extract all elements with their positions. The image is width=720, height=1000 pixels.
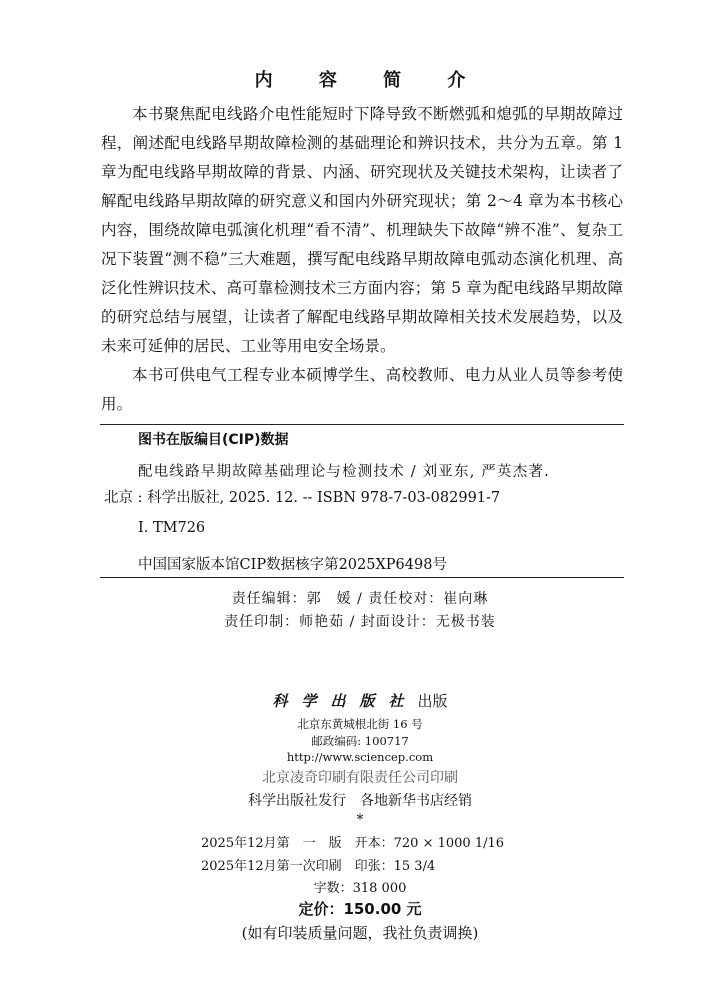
distribution-info: 科学出版社发行 各地新华书店经销 — [0, 790, 720, 810]
divider-bottom — [100, 577, 624, 578]
divider-top — [100, 424, 624, 425]
publisher-address: 北京东黄城根北街 16 号 — [0, 716, 720, 732]
printing-info: 2025年12月第一次印刷 印张：15 3/4 — [201, 855, 435, 874]
cip-record-line1: 配电线路早期故障基础理论与检测技术 / 刘亚东, 严英杰著. — [138, 460, 550, 481]
cip-record-line2: 北京 : 科学出版社, 2025. 12. -- ISBN 978-7-03-0… — [104, 486, 500, 507]
publisher-url: http://www.sciencep.com — [0, 750, 720, 764]
publisher-suffix: 出版 — [418, 692, 448, 710]
cip-heading: 图书在版编目(CIP)数据 — [138, 429, 289, 449]
printer-info: 北京凌奇印刷有限责任公司印刷 — [0, 767, 720, 787]
summary-paragraph: 本书聚焦配电线路介电性能短时下降导致不断燃弧和熄弧的早期故障过程，阐述配电线路早… — [101, 100, 623, 361]
page-title: 内 容 简 介 — [0, 66, 720, 92]
quality-note: (如有印装质量问题，我社负责调换) — [0, 922, 720, 943]
publisher-logo: 科学出版社 — [272, 692, 417, 710]
cip-approval: 中国国家版本馆CIP数据核字第2025XP6498号 — [138, 553, 447, 574]
publisher-line: 科学出版社出版 — [0, 690, 720, 711]
word-count: 字数：318 000 — [0, 877, 720, 896]
summary-text: 本书聚焦配电线路介电性能短时下降导致不断燃弧和熄弧的早期故障过程，阐述配电线路早… — [101, 100, 623, 419]
cip-classification: Ⅰ. TM726 — [138, 520, 205, 536]
price: 定价：150.00 元 — [0, 898, 720, 919]
publisher-postcode: 邮政编码: 100717 — [0, 733, 720, 749]
edition-info: 2025年12月第 一 版 开本：720 × 1000 1/16 — [201, 832, 504, 851]
credits-editors: 责任编辑：郭 媛 / 责任校对：崔向琳 — [0, 588, 720, 608]
separator-asterisk: * — [0, 812, 720, 828]
copyright-page: 内 容 简 介 本书聚焦配电线路介电性能短时下降导致不断燃弧和熄弧的早期故障过程… — [0, 0, 720, 1000]
credits-production: 责任印制：师艳茹 / 封面设计：无极书装 — [0, 611, 720, 631]
summary-paragraph: 本书可供电气工程专业本硕博学生、高校教师、电力从业人员等参考使用。 — [101, 361, 623, 419]
